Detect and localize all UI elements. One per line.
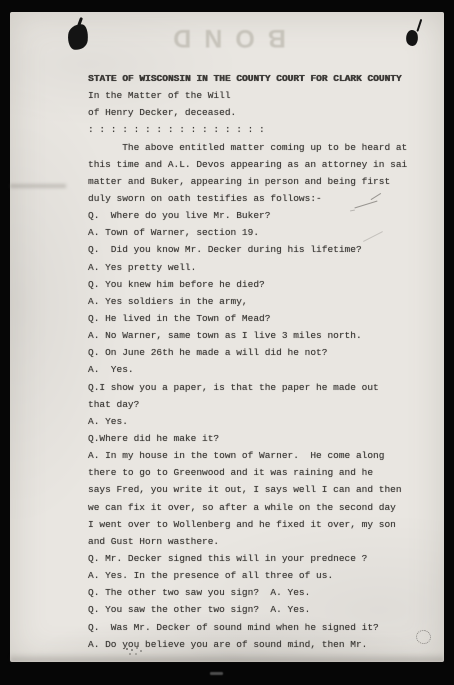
pencil-dots xyxy=(126,648,128,650)
document-line: STATE OF WISCONSIN IN THE COUNTY COURT F… xyxy=(88,70,433,87)
document-line: In the Matter of the Will xyxy=(88,87,433,104)
document-line: Q. Where do you live Mr. Buker? xyxy=(88,207,433,224)
document-line: says Fred, you write it out, I says well… xyxy=(88,481,433,498)
document-line: of Henry Decker, deceased. xyxy=(88,104,433,121)
paper-watermark: BOND xyxy=(138,16,308,52)
document-line: duly sworn on oath testifies as follows:… xyxy=(88,190,433,207)
document-line: Q. He lived in the Town of Mead? xyxy=(88,310,433,327)
ink-blot-top-left xyxy=(67,23,90,51)
document-line: Q. The other two saw you sign? A. Yes. xyxy=(88,584,433,601)
document-line: Q. Mr. Decker signed this will in your p… xyxy=(88,550,433,567)
document-line: and Gust Horn wasthere. xyxy=(88,533,433,550)
paper-sheet: BOND STATE OF WISCONSIN IN THE COUNTY CO… xyxy=(10,12,444,662)
scan-artifact-dash xyxy=(210,672,223,675)
document-line: there to go to Greenwood and it was rain… xyxy=(88,464,433,481)
document-line: matter and Buker, appearing in person an… xyxy=(88,173,433,190)
document-line: Q. On June 26th he made a will did he no… xyxy=(88,344,433,361)
document-line: A. Yes. In the presence of all three of … xyxy=(88,567,433,584)
document-line: Q. You knew him before he died? xyxy=(88,276,433,293)
document-line: Q. Did you know Mr. Decker during his li… xyxy=(88,241,433,258)
document-line: I went over to Wollenberg and he fixed i… xyxy=(88,516,433,533)
document-line: : : : : : : : : : : : : : : : : xyxy=(88,121,433,138)
document-line: Q.I show you a paper, is that the paper … xyxy=(88,379,433,396)
document-line: we can fix it over, so after a while on … xyxy=(88,499,433,516)
document-line: A. In my house in the town of Warner. He… xyxy=(88,447,433,464)
document-line: A. Yes soldiers in the army, xyxy=(88,293,433,310)
document-line: Q. Was Mr. Decker of sound mind when he … xyxy=(88,619,433,636)
left-edge-smudge xyxy=(10,184,66,188)
document-line: A. No Warner, same town as I live 3 mile… xyxy=(88,327,433,344)
ink-blot-top-right xyxy=(405,29,419,47)
document-lines: STATE OF WISCONSIN IN THE COUNTY COURT F… xyxy=(88,70,433,653)
document-line: A. Yes. xyxy=(88,413,433,430)
document-line: A. Yes. xyxy=(88,361,433,378)
document-line: A. Do you believe you are of sound mind,… xyxy=(88,636,433,653)
document-line: A. Yes pretty well. xyxy=(88,259,433,276)
document-line: that day? xyxy=(88,396,433,413)
document-line: Q. You saw the other two sign? A. Yes. xyxy=(88,601,433,618)
document-line: Q.Where did he make it? xyxy=(88,430,433,447)
document-line: The above entitled matter coming up to b… xyxy=(88,139,433,156)
document-line: this time and A.L. Devos appearing as an… xyxy=(88,156,433,173)
bottom-edge-smudge xyxy=(10,653,444,662)
scanned-document-page: BOND STATE OF WISCONSIN IN THE COUNTY CO… xyxy=(0,0,454,685)
